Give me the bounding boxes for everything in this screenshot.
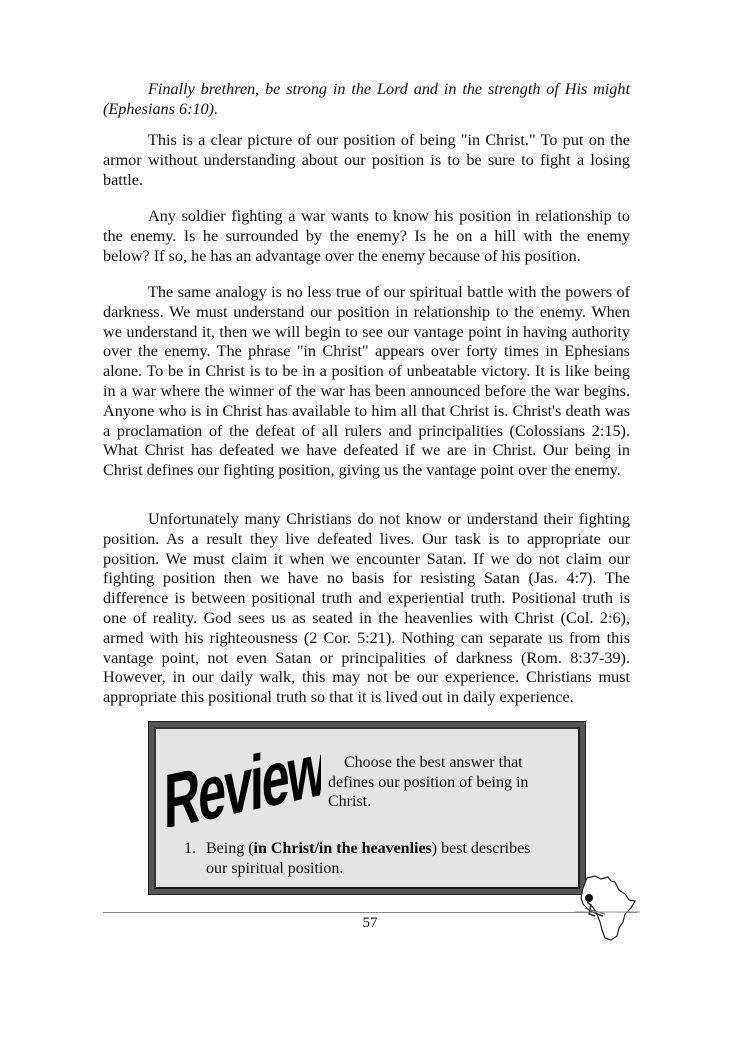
scripture-verse: Finally brethren, be strong in the Lord …: [103, 80, 630, 120]
question-answer-options: in Christ/in the heavenlies: [254, 840, 432, 857]
footer-rule: [103, 912, 637, 913]
question-continuation: our spiritual position.: [184, 859, 564, 879]
page-number: 57: [355, 915, 385, 932]
africa-map-icon: [575, 870, 640, 942]
paragraph-1: This is a clear picture of our position …: [103, 131, 630, 190]
review-box: Review Choose the best answer that defin…: [148, 721, 586, 895]
review-logo-icon: Review: [161, 737, 321, 827]
review-box-inner: Review Choose the best answer that defin…: [154, 727, 580, 889]
question-text-before: Being (: [206, 840, 254, 857]
review-prompt: Choose the best answer that defines our …: [328, 753, 568, 812]
paragraph-text: This is a clear picture of our position …: [103, 131, 630, 190]
paragraph-text: Any soldier fighting a war wants to know…: [103, 207, 630, 266]
paragraph-text: Unfortunately many Christians do not kno…: [103, 510, 630, 708]
paragraph-2: Any soldier fighting a war wants to know…: [103, 207, 630, 266]
review-question-1: 1.Being (in Christ/in the heavenlies) be…: [184, 839, 564, 879]
paragraph-3: The same analogy is no less true of our …: [103, 283, 630, 481]
document-page: Finally brethren, be strong in the Lord …: [0, 0, 749, 1060]
paragraph-4: Unfortunately many Christians do not kno…: [103, 510, 630, 708]
question-text-after: ) best describes: [432, 840, 531, 857]
verse-paragraph: Finally brethren, be strong in the Lord …: [103, 80, 630, 120]
question-number: 1.: [184, 839, 206, 859]
svg-text:Review: Review: [164, 737, 321, 827]
paragraph-text: The same analogy is no less true of our …: [103, 283, 630, 481]
